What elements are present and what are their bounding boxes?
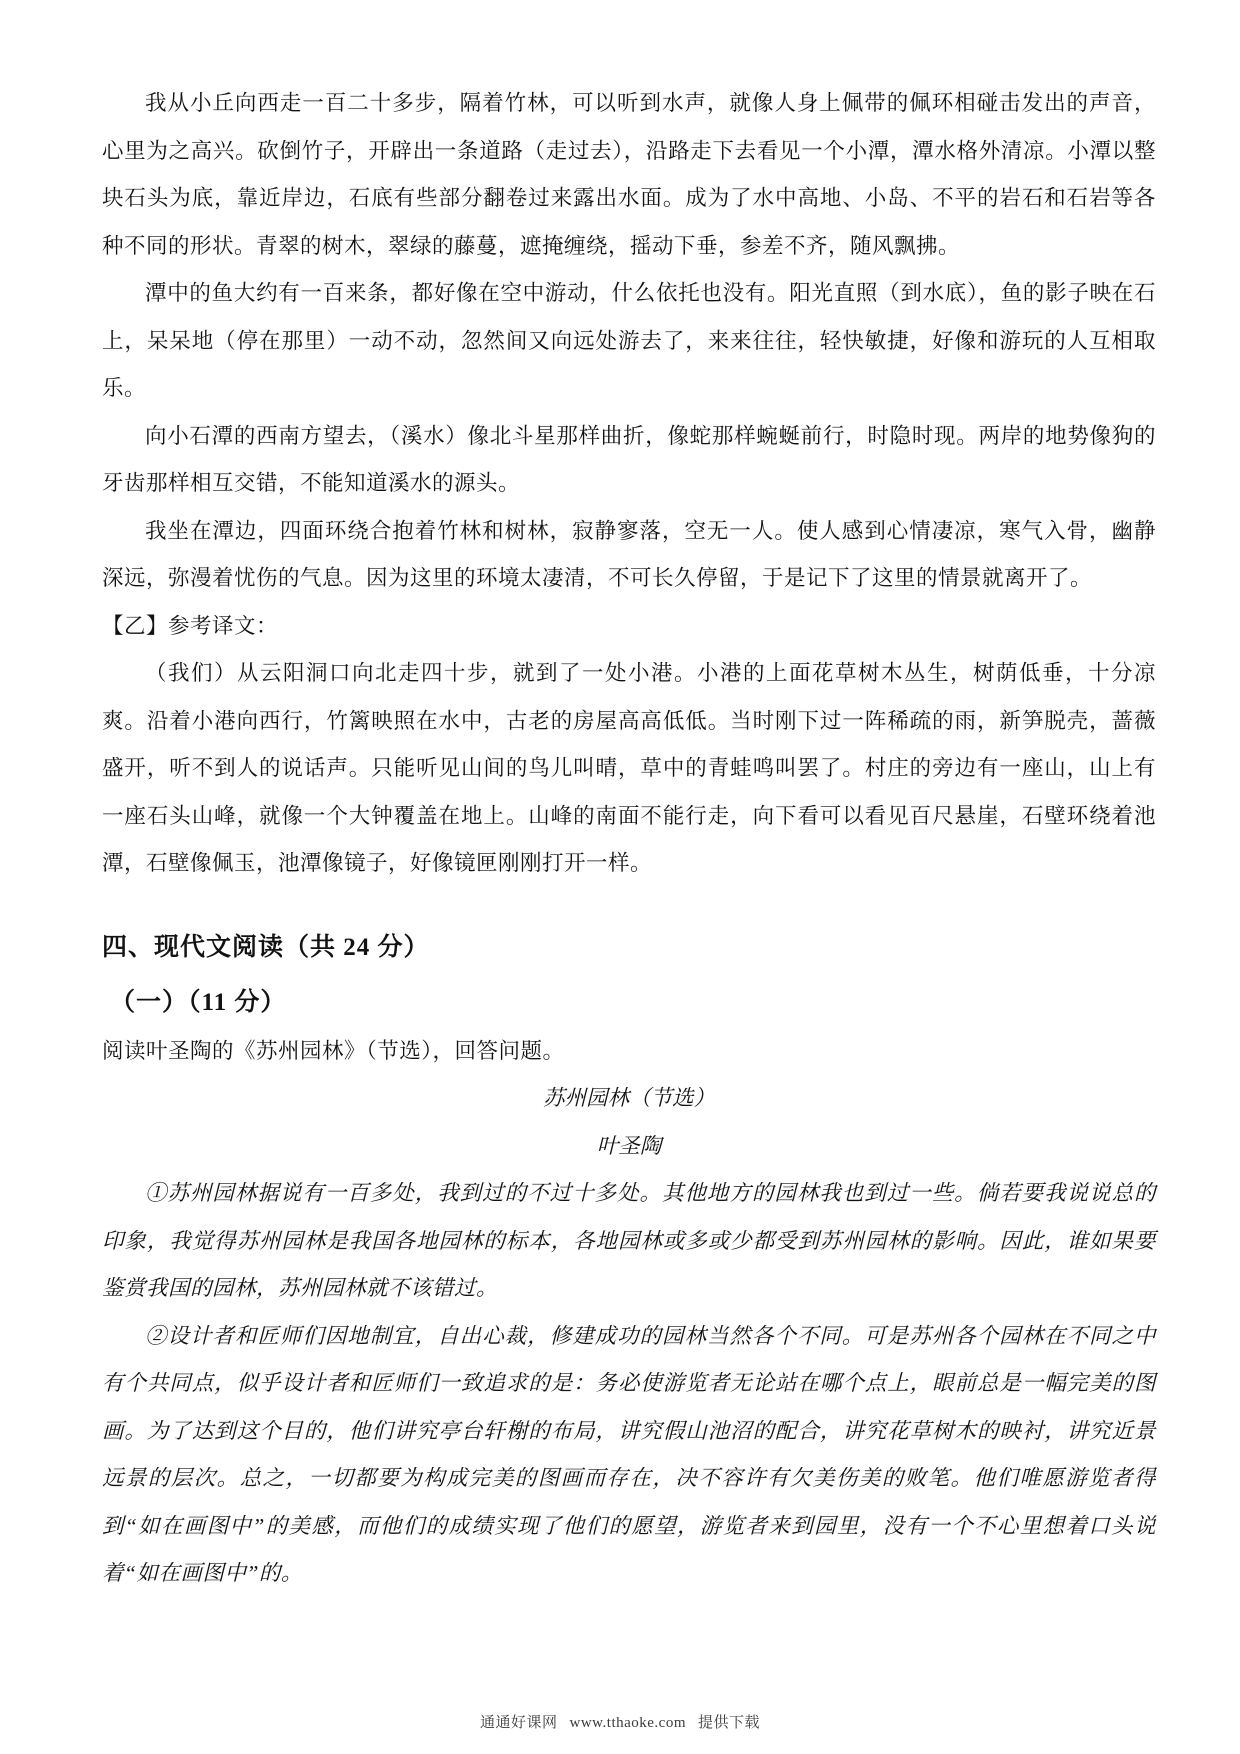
article-title: 苏州园林（节选）: [102, 1075, 1156, 1123]
article-author: 叶圣陶: [102, 1123, 1156, 1171]
reading-intro: 阅读叶圣陶的《苏州园林》（节选），回答问题。: [102, 1028, 1156, 1076]
page-footer: 通通好课网www.tthaoke.com提供下载: [0, 1711, 1240, 1732]
jia-translation-paragraph-3: 向小石潭的西南方望去，（溪水）像北斗星那样曲折，像蛇那样蜿蜒前行，时隐时现。两岸…: [102, 413, 1156, 508]
section-four-subheading: （一）（11 分）: [102, 978, 1156, 1028]
yi-translation-label: 【乙】参考译文：: [102, 603, 1156, 651]
section-four-heading: 四、现代文阅读（共 24 分）: [102, 923, 1156, 973]
yi-translation-paragraph: （我们）从云阳洞口向北走四十步，就到了一处小港。小港的上面花草树木丛生，树荫低垂…: [102, 650, 1156, 888]
footer-download-suffix: 提供下载: [698, 1715, 760, 1731]
footer-url: www.tthaoke.com: [570, 1715, 687, 1731]
jia-translation-paragraph-1: 我从小丘向西走一百二十多步，隔着竹林，可以听到水声，就像人身上佩带的佩环相碰击发…: [102, 80, 1156, 270]
jia-translation-paragraph-4: 我坐在潭边，四面环绕合抱着竹林和树林，寂静寥落，空无一人。使人感到心情凄凉，寒气…: [102, 508, 1156, 603]
jia-translation-paragraph-2: 潭中的鱼大约有一百来条，都好像在空中游动，什么依托也没有。阳光直照（到水底），鱼…: [102, 270, 1156, 413]
document-page: 我从小丘向西走一百二十多步，隔着竹林，可以听到水声，就像人身上佩带的佩环相碰击发…: [0, 0, 1240, 1754]
article-paragraph-2: ②设计者和匠师们因地制宜，自出心裁，修建成功的园林当然各个不同。可是苏州各个园林…: [102, 1313, 1156, 1598]
document-body: 我从小丘向西走一百二十多步，隔着竹林，可以听到水声，就像人身上佩带的佩环相碰击发…: [102, 80, 1156, 1598]
article-paragraph-1: ①苏州园林据说有一百多处，我到过的不过十多处。其他地方的园林我也到过一些。倘若要…: [102, 1170, 1156, 1313]
footer-site-name: 通通好课网: [480, 1715, 558, 1731]
